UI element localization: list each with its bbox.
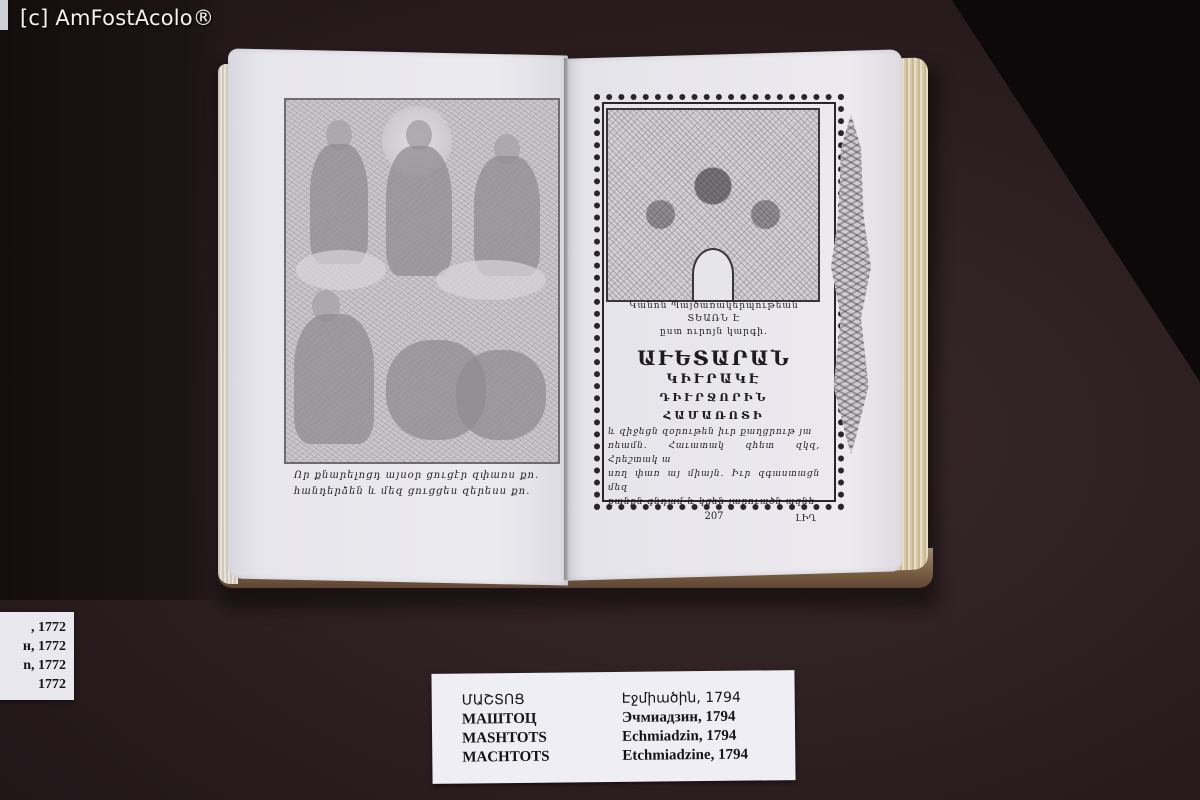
subtitle: ԿԻՒՐԱԿԷ xyxy=(608,371,820,389)
label-line: 1772 xyxy=(23,675,66,694)
figure-left-prophet xyxy=(310,144,368,264)
label-places: Էջմիածին, 1794 Эчмиадзин, 1794 Echmiadzi… xyxy=(622,689,749,766)
museum-exhibit-photo: [c] AmFostAcolo® Որ քնարելոցդ այսօր ցուց… xyxy=(0,0,1200,800)
book-gutter xyxy=(564,58,568,580)
cloud xyxy=(436,260,546,300)
body-line: և զիջեցն զօրութեն իւր քաղցրութ յա xyxy=(608,425,820,439)
adjacent-label-edge xyxy=(0,0,8,30)
caption-line: հանդերձեն և մեզ ցուցցես զերեսս քո․ xyxy=(294,484,564,500)
ornamental-title: ԱՒԵՏԱՐԱՆ xyxy=(608,345,820,371)
transfiguration-engraving xyxy=(284,98,560,464)
caption-line: Որ քնարելոցդ այսօր ցուցէր զփառս քո․ xyxy=(294,468,564,484)
left-page-caption: Որ քնարելոցդ այսօր ցուցէր զփառս քո․ հանդ… xyxy=(294,468,564,500)
display-shadow-left xyxy=(0,0,230,600)
heading: ԴԻՒՐՋՈՐԻՆ ՀԱՄԱՌՈՏԻ xyxy=(608,389,820,425)
label-line: , 1772 xyxy=(23,618,66,637)
figure-center-christ xyxy=(386,146,452,276)
exhibit-label: ՄԱՇՏՈՑ МАШТОЦ MASHTOTS MACHTOTS Էջմիածին… xyxy=(431,670,795,784)
apostle-left xyxy=(294,314,374,444)
intro-line: ըստ ուրոյն կարգի․ xyxy=(608,326,820,339)
label-line: n, 1772 xyxy=(23,656,66,675)
body-line: ռեամն․ Հաւատակ զհետ զկզ, Հրեշտակ ա xyxy=(608,439,820,467)
body-line: քանքն գնդամ և կցեն յարուածն ազնե xyxy=(608,495,820,509)
label-titles: ՄԱՇՏՈՑ МАШТОЦ MASHTOTS MACHTOTS xyxy=(462,691,550,768)
page-number: 207 xyxy=(608,511,820,522)
intro-line: Կանոն Պայծառակերպութեան ՏԵԱՌՆ Է xyxy=(608,300,820,326)
label-line: н, 1772 xyxy=(23,637,66,656)
place-russian: Эчмиадзин, 1794 xyxy=(622,708,748,728)
body-line: սող փառ այ միայն․ Իւր զգաստացն մեզ xyxy=(608,467,820,495)
place-french: Etchmiadzine, 1794 xyxy=(622,746,748,766)
figure-right-prophet xyxy=(474,156,540,276)
right-page-text: Կանոն Պայծառակերպութեան ՏԵԱՌՆ Է ըստ ուրո… xyxy=(608,300,820,522)
cloud xyxy=(296,250,386,290)
title-french: MACHTOTS xyxy=(462,748,549,768)
title-english: MASHTOTS xyxy=(462,729,549,749)
signature-mark: ԼԻՂ xyxy=(795,514,816,524)
place-english: Echmiadzin, 1794 xyxy=(622,727,748,747)
title-armenian: ՄԱՇՏՈՑ xyxy=(462,691,549,711)
title-russian: МАШТОЦ xyxy=(462,710,549,730)
adjacent-exhibit-label: , 1772 н, 1772 n, 1772 1772 xyxy=(0,612,74,700)
place-armenian: Էջմիածին, 1794 xyxy=(622,689,748,709)
watermark: [c] AmFostAcolo® xyxy=(20,6,214,30)
open-book: Որ քնարելոցդ այսօր ցուցէր զփառս քո․ հանդ… xyxy=(214,48,938,596)
headpiece-arch xyxy=(692,248,734,300)
apostle-right xyxy=(456,350,546,440)
